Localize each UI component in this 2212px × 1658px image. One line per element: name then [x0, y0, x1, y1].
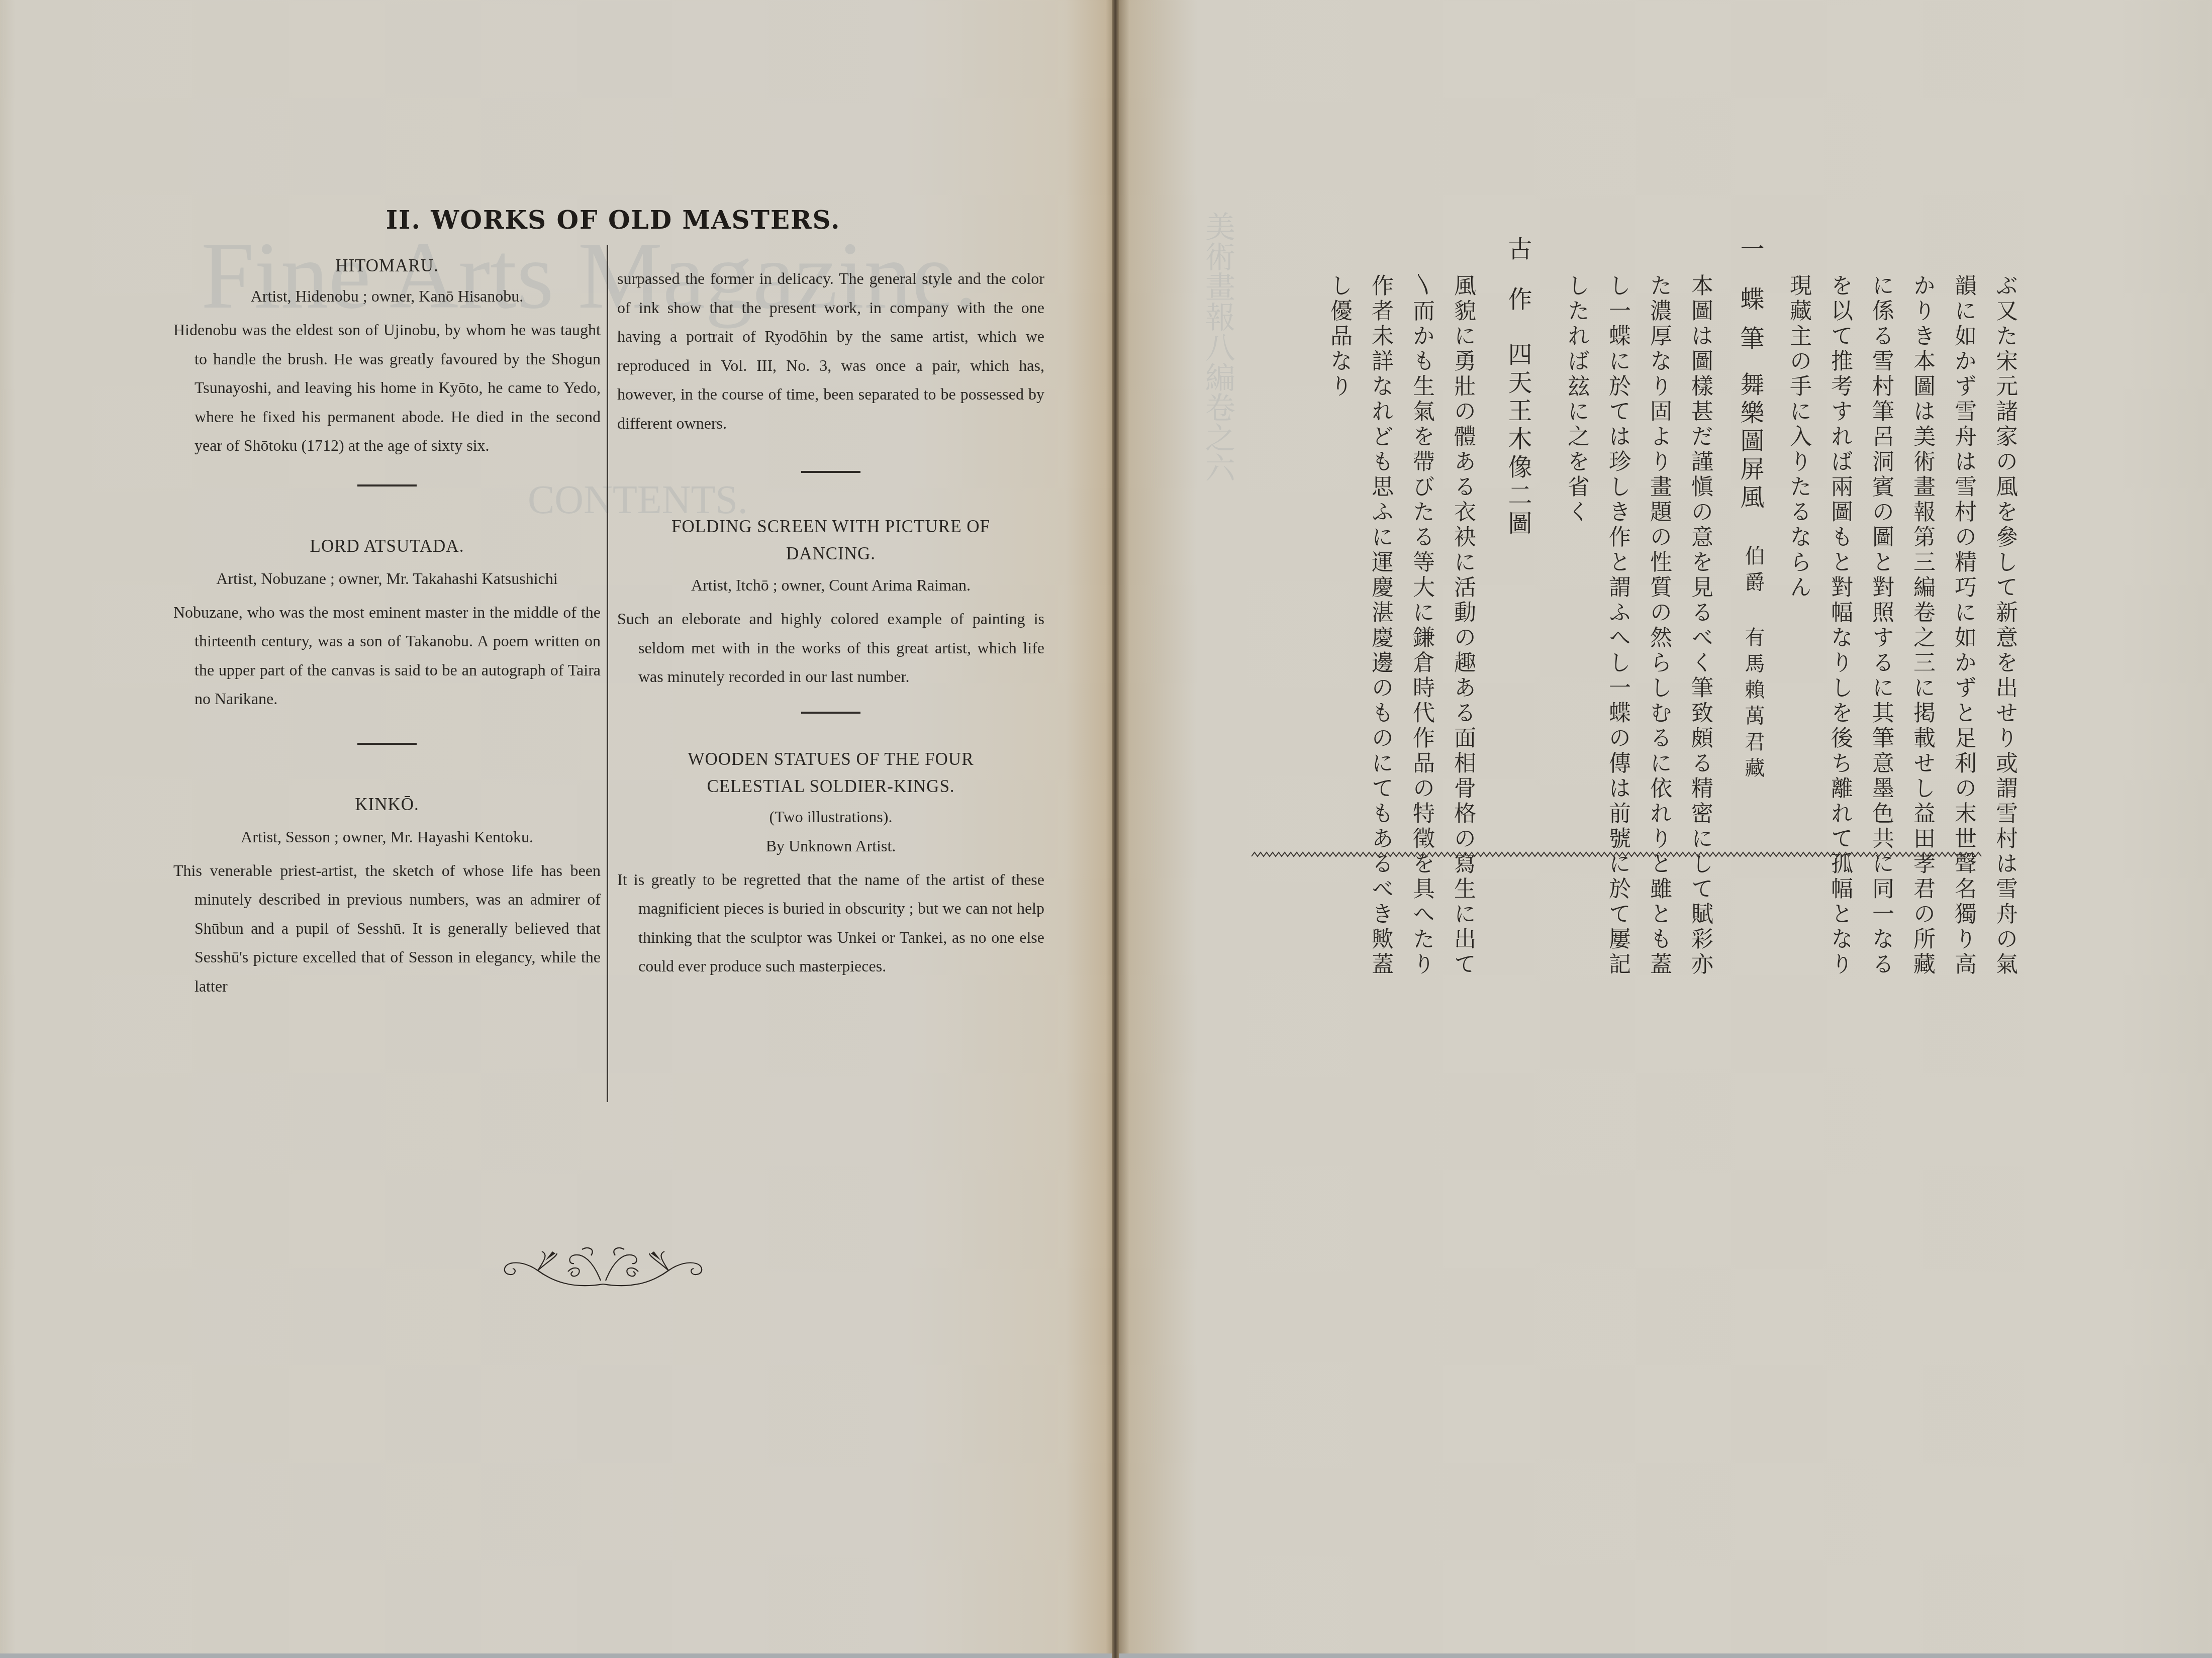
left-column: HITOMARU. Artist, Hidenobu ; owner, Kanō…: [173, 251, 601, 1001]
book-gutter: [1112, 0, 1119, 1658]
jp-text-column: し一蝶に於ては珍しき作と謂ふへし一蝶の傳は前號に於て屢記: [1602, 274, 1632, 978]
right-column: surpassed the former in delicacy. The ge…: [617, 251, 1044, 981]
article-body: Hidenobu was the eldest son of Ujinobu, …: [173, 316, 601, 460]
jp-text-column: 〵而かも生氣を帶びたる等大に鎌倉時代作品の特徵を具へたり: [1406, 274, 1436, 978]
article-credit: Artist, Hidenobu ; owner, Kanō Hisanobu.: [173, 281, 601, 311]
jp-heading-number: 古: [1503, 236, 1533, 264]
column-divider: [607, 245, 608, 1102]
page-title: II. WORKS OF OLD MASTERS.: [302, 205, 925, 235]
article-title-hitomaru: HITOMARU.: [173, 252, 601, 279]
jp-heading-artist: 蝶筆: [1735, 286, 1765, 365]
jp-heading-artist: 作: [1503, 286, 1533, 315]
jp-heading-title: 舞樂圖屏風: [1735, 372, 1765, 513]
jp-text-column: 現藏主の手に入りたるならん: [1783, 274, 1813, 601]
article-body: Nobuzane, who was the most eminent maste…: [173, 598, 601, 714]
article-body: It is greatly to be regretted that the n…: [617, 865, 1044, 981]
article-body: Such an eleborate and highly colored exa…: [617, 605, 1044, 692]
floral-scroll-ornament-icon: [498, 1241, 709, 1292]
jp-text-column: かりき本圖は美術畫報第三編卷之三に掲載せし益田孝君の所藏: [1907, 274, 1937, 978]
jp-text-column: し優品なり: [1324, 274, 1354, 400]
jp-text-column: た濃厚なり固より畫題の性質の然らしむるに依れりと雖とも蓋: [1644, 274, 1674, 978]
article-body: This venerable priest-artist, the sketch…: [173, 856, 601, 1001]
jp-heading-owner: 伯爵 有馬賴萬君藏: [1738, 545, 1768, 784]
jp-text-column: を以て推考すれば兩圖もと對幅なりしを後ち離れて孤幅となり: [1824, 274, 1855, 978]
article-credit: Artist, Itchō ; owner, Count Arima Raima…: [617, 570, 1044, 600]
article-credit: By Unknown Artist.: [617, 831, 1044, 860]
jp-text-column: 風貌に勇壯の體ある衣袂に活動の趣ある面相骨格の寫生に出て: [1448, 274, 1478, 978]
article-title-folding-screen: FOLDING SCREEN WITH PICTURE OF DANCING.: [617, 513, 1044, 567]
wavy-rule-icon: [1252, 849, 1983, 859]
jp-text-column: ぶ又た宋元諸家の風を參して新意を出せり或謂雪村は雪舟の氣: [1989, 274, 2019, 978]
article-title-wooden-statues: WOODEN STATUES OF THE FOUR CELESTIAL SOL…: [617, 746, 1044, 800]
jp-heading-title: 四天王木像二圖: [1503, 342, 1533, 539]
jp-heading-number: 一: [1735, 236, 1765, 264]
jp-text-column: 本圖は圖樣甚だ謹愼の意を見るべく筆致頗る精密にして賦彩亦: [1685, 274, 1715, 978]
article-credit: Artist, Nobuzane ; owner, Mr. Takahashi …: [173, 564, 601, 593]
jp-text-column: 韻に如かず雪舟は雪村の精巧に如かずと足利の末世聲名獨り高: [1948, 274, 1978, 978]
article-title-lord-atsutada: LORD ATSUTADA.: [173, 533, 601, 560]
jp-text-column: 作者未詳なれども思ふに運慶湛慶邊のものにてもあるべき歟蓋: [1365, 274, 1395, 978]
article-note: (Two illustrations).: [617, 802, 1044, 831]
article-credit: Artist, Sesson ; owner, Mr. Hayashi Kent…: [173, 822, 601, 851]
article-title-kinko: KINKŌ.: [173, 791, 601, 818]
jp-text-column: に係る雪村筆呂洞賓の圖と對照するに其筆意墨色共に同一なる: [1866, 274, 1896, 978]
article-body-continued: surpassed the former in delicacy. The ge…: [617, 264, 1044, 438]
jp-text-column: したれば玆に之を省く: [1561, 274, 1591, 525]
